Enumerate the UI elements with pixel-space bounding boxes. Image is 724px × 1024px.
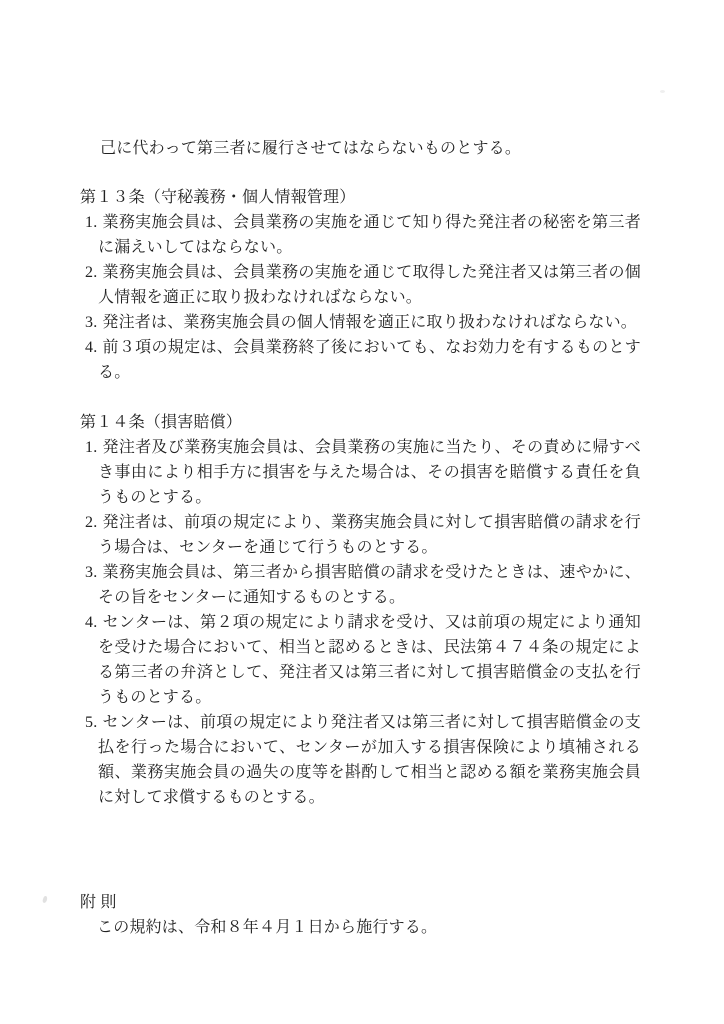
article-14-heading: 第１４条（損害賠償） (80, 410, 641, 435)
clause-text: 業務実施会員は、会員業務の実施を通じて取得した発注者又は第三者の個人情報を適正に… (98, 264, 641, 306)
clause-number: 2. (85, 514, 97, 531)
clause-item: 4.センターは、第２項の規定により請求を受け、又は前項の規定により通知を受けた場… (98, 610, 641, 710)
article-13-items: 1.業務実施会員は、会員業務の実施を通じて知り得た発注者の秘密を第三者に漏えいし… (80, 210, 641, 385)
clause-number: 3. (85, 314, 97, 331)
scan-artifact-speck (660, 90, 665, 93)
document-page: 己に代わって第三者に履行させてはならないものとする。 第１３条（守秘義務・個人情… (0, 0, 724, 1024)
clause-item: 3.発注者は、業務実施会員の個人情報を適正に取り扱わなければならない。 (98, 310, 641, 335)
clause-item: 4.前３項の規定は、会員業務終了後においても、なお効力を有するものとする。 (98, 335, 641, 385)
article-14-items: 1.発注者及び業務実施会員は、会員業務の実施に当たり、その責めに帰すべき事由によ… (80, 435, 641, 810)
clause-number: 1. (85, 214, 97, 231)
article-13-heading: 第１３条（守秘義務・個人情報管理） (80, 185, 641, 210)
clause-text: 発注者及び業務実施会員は、会員業務の実施に当たり、その責めに帰すべき事由により相… (98, 439, 641, 506)
clause-item: 1.発注者及び業務実施会員は、会員業務の実施に当たり、その責めに帰すべき事由によ… (98, 435, 641, 510)
clause-number: 4. (85, 339, 97, 356)
clause-text: 業務実施会員は、会員業務の実施を通じて知り得た発注者の秘密を第三者に漏えいしては… (98, 214, 641, 256)
clause-number: 2. (85, 264, 97, 281)
clause-text: 発注者は、業務実施会員の個人情報を適正に取り扱わなければならない。 (102, 314, 637, 331)
appendix-heading: 附 則 (80, 890, 641, 915)
document-body: 己に代わって第三者に履行させてはならないものとする。 第１３条（守秘義務・個人情… (80, 136, 641, 940)
clause-item: 2.業務実施会員は、会員業務の実施を通じて取得した発注者又は第三者の個人情報を適… (98, 260, 641, 310)
clause-item: 2.発注者は、前項の規定により、業務実施会員に対して損害賠償の請求を行う場合は、… (98, 510, 641, 560)
scan-artifact-speck (42, 896, 48, 904)
clause-number: 1. (85, 439, 97, 456)
clause-number: 5. (85, 714, 97, 731)
clause-number: 3. (85, 564, 97, 581)
clause-text: センターは、前項の規定により発注者又は第三者に対して損害賠償金の支払を行った場合… (98, 714, 641, 806)
clause-text: 発注者は、前項の規定により、業務実施会員に対して損害賠償の請求を行う場合は、セン… (98, 514, 641, 556)
clause-text: 業務実施会員は、第三者から損害賠償の請求を受けたときは、速やかに、その旨をセンタ… (98, 564, 641, 606)
intro-continuation-line: 己に代わって第三者に履行させてはならないものとする。 (80, 136, 641, 161)
clause-item: 1.業務実施会員は、会員業務の実施を通じて知り得た発注者の秘密を第三者に漏えいし… (98, 210, 641, 260)
appendix-effective-date-line: この規約は、令和８年４月１日から施行する。 (80, 915, 641, 940)
clause-item: 3.業務実施会員は、第三者から損害賠償の請求を受けたときは、速やかに、その旨をセ… (98, 560, 641, 610)
clause-text: センターは、第２項の規定により請求を受け、又は前項の規定により通知を受けた場合に… (98, 614, 641, 706)
clause-number: 4. (85, 614, 97, 631)
clause-text: 前３項の規定は、会員業務終了後においても、なお効力を有するものとする。 (98, 339, 641, 381)
clause-item: 5.センターは、前項の規定により発注者又は第三者に対して損害賠償金の支払を行った… (98, 710, 641, 810)
